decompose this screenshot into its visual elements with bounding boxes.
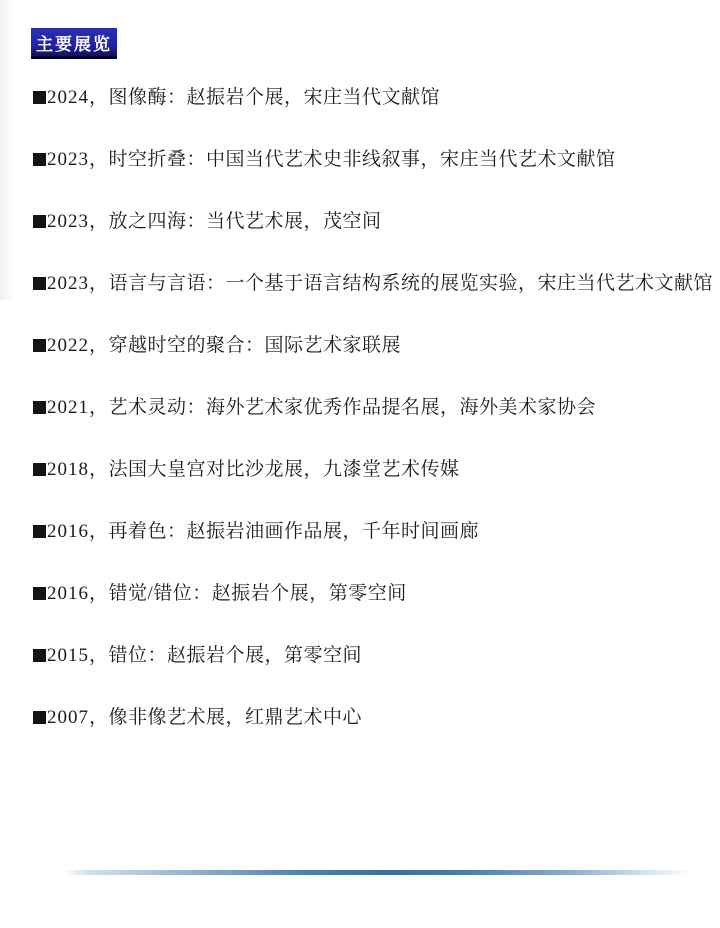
exhibition-item: 2015，错位：赵振岩个展，第零空间 [33, 644, 706, 668]
exhibition-year: 2015 [47, 645, 89, 666]
exhibition-detail: 像非像艺术展，红鼎艺术中心 [109, 707, 363, 728]
scan-edge-shading [0, 0, 14, 300]
exhibition-year: 2021 [47, 397, 89, 418]
exhibition-detail: 错位：赵振岩个展，第零空间 [109, 645, 363, 666]
exhibition-detail: 穿越时空的聚合：国际艺术家联展 [109, 335, 402, 356]
exhibition-detail: 放之四海：当代艺术展，茂空间 [109, 211, 382, 232]
exhibition-year: 2023 [47, 211, 89, 232]
square-bullet-icon [33, 215, 46, 228]
exhibition-detail: 时空折叠：中国当代艺术史非线叙事，宋庄当代艺术文献馆 [109, 149, 616, 170]
separator: ， [89, 149, 109, 170]
exhibition-list: 2024，图像酶：赵振岩个展，宋庄当代文献馆 2023，时空折叠：中国当代艺术史… [33, 86, 706, 768]
square-bullet-icon [33, 91, 46, 104]
square-bullet-icon [33, 525, 46, 538]
exhibition-year: 2023 [47, 273, 89, 294]
document-page: 主要展览 2024，图像酶：赵振岩个展，宋庄当代文献馆 2023，时空折叠：中国… [0, 0, 720, 928]
separator: ， [89, 87, 109, 108]
exhibition-year: 2007 [47, 707, 89, 728]
exhibition-item: 2018，法国大皇宫对比沙龙展，九漆堂艺术传媒 [33, 458, 706, 482]
exhibition-item: 2024，图像酶：赵振岩个展，宋庄当代文献馆 [33, 86, 706, 110]
exhibition-item: 2016，错觉/错位：赵振岩个展，第零空间 [33, 582, 706, 606]
square-bullet-icon [33, 339, 46, 352]
exhibition-item: 2023，语言与言语：一个基于语言结构系统的展览实验，宋庄当代艺术文献馆 [33, 272, 706, 296]
exhibition-item: 2021，艺术灵动：海外艺术家优秀作品提名展，海外美术家协会 [33, 396, 706, 420]
separator: ， [89, 645, 109, 666]
separator: ， [89, 521, 109, 542]
exhibition-detail: 语言与言语：一个基于语言结构系统的展览实验，宋庄当代艺术文献馆 [109, 273, 714, 294]
separator: ， [89, 397, 109, 418]
square-bullet-icon [33, 587, 46, 600]
exhibition-year: 2024 [47, 87, 89, 108]
exhibition-year: 2018 [47, 459, 89, 480]
section-title: 主要展览 [31, 28, 117, 59]
square-bullet-icon [33, 711, 46, 724]
square-bullet-icon [33, 153, 46, 166]
exhibition-item: 2023，放之四海：当代艺术展，茂空间 [33, 210, 706, 234]
gradient-divider-line [64, 870, 692, 875]
separator: ， [89, 707, 109, 728]
separator: ， [89, 273, 109, 294]
exhibition-year: 2023 [47, 149, 89, 170]
exhibition-detail: 图像酶：赵振岩个展，宋庄当代文献馆 [109, 87, 441, 108]
exhibition-year: 2016 [47, 583, 89, 604]
exhibition-year: 2016 [47, 521, 89, 542]
square-bullet-icon [33, 401, 46, 414]
separator: ， [89, 583, 109, 604]
square-bullet-icon [33, 649, 46, 662]
exhibition-year: 2022 [47, 335, 89, 356]
exhibition-item: 2023，时空折叠：中国当代艺术史非线叙事，宋庄当代艺术文献馆 [33, 148, 706, 172]
exhibition-item: 2007，像非像艺术展，红鼎艺术中心 [33, 706, 706, 730]
separator: ， [89, 459, 109, 480]
exhibition-detail: 再着色：赵振岩油画作品展，千年时间画廊 [109, 521, 480, 542]
exhibition-item: 2016，再着色：赵振岩油画作品展，千年时间画廊 [33, 520, 706, 544]
exhibition-detail: 法国大皇宫对比沙龙展，九漆堂艺术传媒 [109, 459, 460, 480]
exhibition-item: 2022，穿越时空的聚合：国际艺术家联展 [33, 334, 706, 358]
separator: ， [89, 211, 109, 232]
square-bullet-icon [33, 463, 46, 476]
square-bullet-icon [33, 277, 46, 290]
exhibition-detail: 艺术灵动：海外艺术家优秀作品提名展，海外美术家协会 [109, 397, 597, 418]
separator: ， [89, 335, 109, 356]
exhibition-detail: 错觉/错位：赵振岩个展，第零空间 [109, 583, 407, 604]
